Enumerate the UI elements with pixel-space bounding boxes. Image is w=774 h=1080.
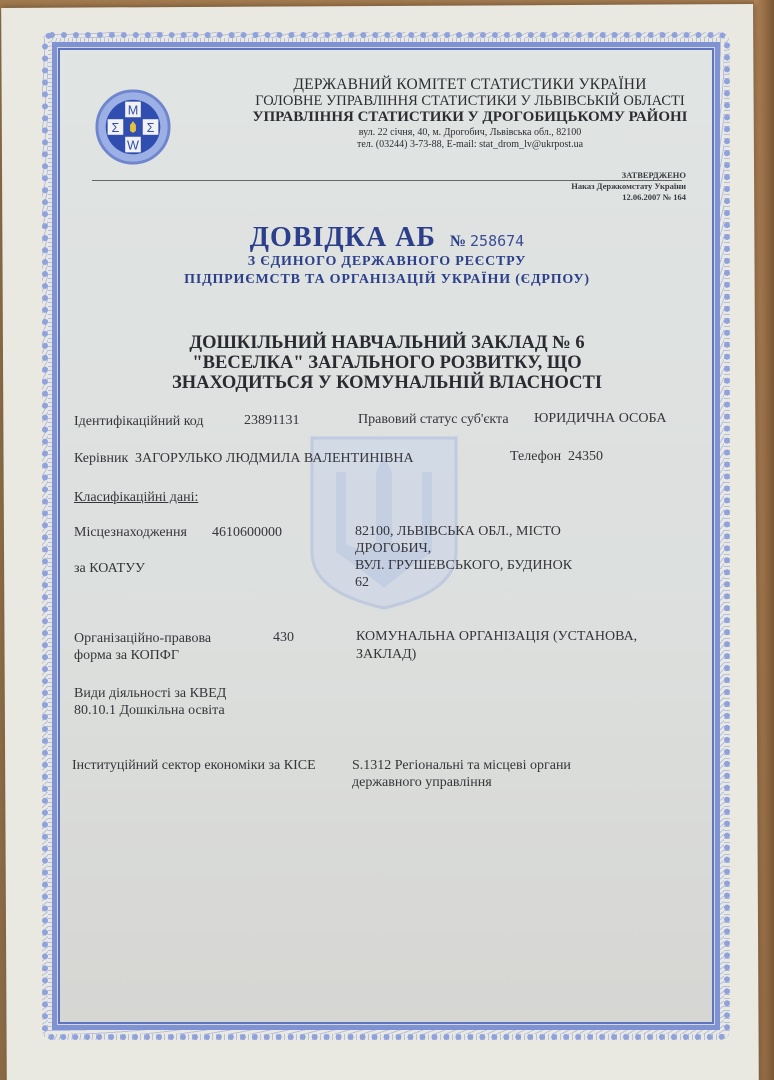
- header-district-department: УПРАВЛІННЯ СТАТИСТИКИ У ДРОГОБИЦЬКОМУ РА…: [230, 109, 710, 126]
- entity-name: ДОШКІЛЬНИЙ НАВЧАЛЬНИЙ ЗАКЛАД № 6 "ВЕСЕЛК…: [0, 333, 774, 393]
- header-main-department: ГОЛОВНЕ УПРАВЛІННЯ СТАТИСТИКИ У ЛЬВІВСЬК…: [230, 93, 710, 110]
- phone-label: Телефон: [510, 449, 561, 465]
- header-address: вул. 22 січня, 40, м. Дрогобич, Львівськ…: [260, 127, 680, 138]
- svg-text:Ʃ: Ʃ: [147, 121, 155, 135]
- kved-value: 80.10.1 Дошкільна освіта: [74, 703, 225, 719]
- kise-value-2: державного управління: [352, 775, 492, 791]
- address-line-4: 62: [355, 574, 572, 591]
- certificate-content: M W Σ Ʃ ДЕРЖАВНИЙ КОМІТЕТ СТАТИСТИКИ УКР…: [0, 0, 774, 1080]
- head-value: ЗАГОРУЛЬКО ЛЮДМИЛА ВАЛЕНТИНІВНА: [135, 451, 414, 467]
- kopfg-value-1: КОМУНАЛЬНА ОРГАНІЗАЦІЯ (УСТАНОВА,: [356, 629, 637, 645]
- header-committee: ДЕРЖАВНИЙ КОМІТЕТ СТАТИСТИКИ УКРАЇНИ: [230, 76, 710, 94]
- title-subtitle-1: З ЄДИНОГО ДЕРЖАВНОГО РЕЄСТРУ: [0, 254, 774, 270]
- classification-label: Класифікаційні дані:: [74, 490, 198, 506]
- location-label: Місцезнаходження: [74, 525, 187, 541]
- entity-name-line-1: ДОШКІЛЬНИЙ НАВЧАЛЬНИЙ ЗАКЛАД № 6: [0, 333, 774, 353]
- address-block: 82100, ЛЬВІВСЬКА ОБЛ., МІСТО ДРОГОБИЧ, В…: [355, 523, 572, 591]
- svg-text:Σ: Σ: [112, 121, 120, 135]
- head-label: Керівник: [74, 451, 128, 467]
- svg-text:W: W: [127, 138, 139, 152]
- address-line-3: ВУЛ. ГРУШЕВСЬКОГО, БУДИНОК: [355, 557, 572, 574]
- kopfg-code: 430: [273, 630, 294, 646]
- approval-line-2: Наказ Держкомстату України: [571, 181, 686, 192]
- title-main: ДОВІДКА АБ: [250, 222, 436, 253]
- legal-status-value: ЮРИДИЧНА ОСОБА: [534, 411, 666, 427]
- title-subtitle-2: ПІДПРИЄМСТВ ТА ОРГАНІЗАЦІЙ УКРАЇНИ (ЄДРП…: [0, 272, 774, 288]
- entity-name-line-2: "ВЕСЕЛКА" ЗАГАЛЬНОГО РОЗВИТКУ, ЩО: [0, 353, 774, 373]
- location-label-koatuu: за КОАТУУ: [74, 561, 145, 577]
- legal-status-label: Правовий статус суб'єкта: [358, 412, 509, 428]
- kved-label: Види діяльності за КВЕД: [74, 686, 226, 702]
- approval-line-3: 12.06.2007 № 164: [571, 192, 686, 203]
- approval-stamp-text: ЗАТВЕРДЖЕНО Наказ Держкомстату України 1…: [571, 170, 686, 203]
- kise-value-1: S.1312 Регіональні та місцеві органи: [352, 758, 571, 774]
- title-serial-number: 258674: [470, 232, 524, 250]
- address-line-1: 82100, ЛЬВІВСЬКА ОБЛ., МІСТО: [355, 523, 572, 540]
- kopfg-label-2: форма за КОПФГ: [74, 648, 179, 664]
- phone-value: 24350: [568, 449, 603, 465]
- title-number-sign: №: [450, 233, 466, 250]
- id-code-label: Ідентифікаційний код: [74, 414, 204, 430]
- kise-label: Інституційний сектор економіки за КІСЕ: [72, 758, 316, 774]
- header-contacts: тел. (03244) 3-73-88, E-mail: stat_drom_…: [260, 139, 680, 150]
- id-code-value: 23891131: [244, 413, 299, 429]
- address-line-2: ДРОГОБИЧ,: [355, 540, 572, 557]
- document-title: ДОВІДКА АБ № 258674: [0, 222, 774, 254]
- kopfg-value-2: ЗАКЛАД): [356, 647, 416, 663]
- entity-name-line-3: ЗНАХОДИТЬСЯ У КОМУНАЛЬНІЙ ВЛАСНОСТІ: [0, 373, 774, 393]
- kopfg-label-1: Організаційно-правова: [74, 631, 211, 647]
- approval-line-1: ЗАТВЕРДЖЕНО: [571, 170, 686, 181]
- statistics-committee-logo-icon: M W Σ Ʃ: [94, 88, 172, 166]
- koatuu-code: 4610600000: [212, 525, 282, 541]
- svg-text:M: M: [128, 103, 139, 117]
